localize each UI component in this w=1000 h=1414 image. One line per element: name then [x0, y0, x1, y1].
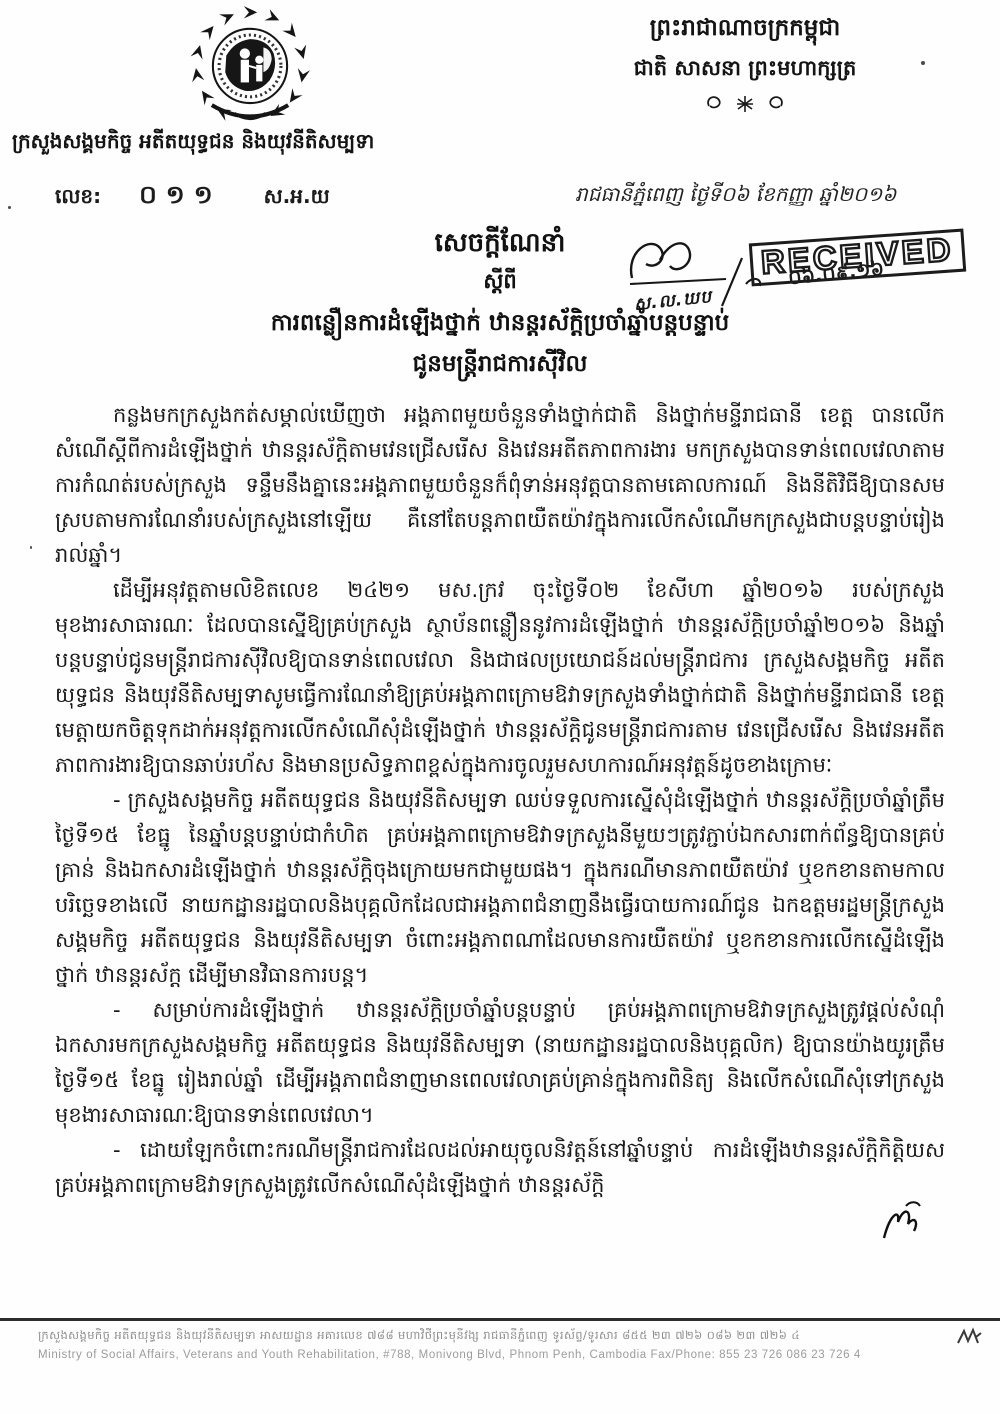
ministry-name: ក្រសួងសង្គមកិច្ច អតីតយុទ្ធជន និងយុវនីតិស…	[12, 128, 522, 164]
kingdom-motto-block: ព្រះរាជាណាចក្រកម្ពុជា ជាតិ សាសនា ព្រះមហា…	[540, 14, 950, 120]
reference-label: លេខ:	[55, 183, 101, 213]
royal-motto-ornament-icon	[695, 92, 795, 116]
body-paragraph: កន្លងមកក្រសួងកត់សម្គាល់ឃើញថា អង្គភាពមួយច…	[55, 398, 945, 573]
body-paragraph: - ក្រសួងសង្គមកិច្ច អតីតយុទ្ធជន និងយុវនីត…	[55, 783, 945, 993]
body-paragraph: - សម្រាប់ការដំឡើងថ្នាក់ ឋានន្តរស័ក្តិប្រ…	[55, 993, 945, 1133]
scan-speck	[8, 206, 11, 209]
reference-number: ០១១	[139, 180, 222, 216]
scan-speck	[921, 61, 925, 65]
footer-english-line: Ministry of Social Affairs, Veterans and…	[38, 1349, 968, 1361]
body-paragraph: - ដោយឡែកចំពោះករណីមន្ត្រីរាជការដែលដល់អាយុ…	[55, 1133, 945, 1203]
ministry-seal-icon	[172, 2, 328, 134]
scanned-letter-page: ក្រសួងសង្គមកិច្ច អតីតយុទ្ធជន និងយុវនីតិស…	[0, 0, 1000, 1414]
reference-line: លេខ: ០១១ ស.អ.យ	[55, 180, 435, 216]
body-paragraph: ដើម្បីអនុវត្តតាមលិខិតលេខ ២៤២១ មស.ក្រវ ចុ…	[55, 573, 945, 783]
subject-line-2: ជូនមន្ត្រីរាជការស៊ីវិល	[0, 350, 1000, 383]
scan-speck	[30, 546, 32, 549]
place-date-line: រាជធានីភ្នំពេញ ថ្ងៃទី០៦ ខែកញ្ញា ឆ្នាំ២០១…	[575, 181, 965, 221]
footer-scribble-icon	[956, 1327, 982, 1347]
kingdom-motto-line1: ព្រះរាជាណាចក្រកម្ពុជា	[540, 14, 950, 47]
reference-code: ស.អ.យ	[264, 183, 330, 213]
footer-khmer-line: ក្រសួងសង្គមកិច្ច អតីតយុទ្ធជន និងយុវនីតិស…	[38, 1328, 968, 1345]
received-stamp-cluster: RECEIVED ០៦.០៩.១៦ ស.ល.ឃប	[622, 226, 972, 336]
kingdom-motto-line2: ជាតិ សាសនា ព្រះមហាក្សត្រ	[540, 55, 950, 86]
signer-initial-icon	[876, 1198, 930, 1252]
received-stamp: RECEIVED ០៦.០៩.១៦	[749, 229, 966, 287]
footer: ក្រសួងសង្គមកិច្ច អតីតយុទ្ធជន និងយុវនីតិស…	[0, 1318, 1000, 1414]
document-body: កន្លងមកក្រសួងកត់សម្គាល់ឃើញថា អង្គភាពមួយច…	[55, 398, 945, 1298]
